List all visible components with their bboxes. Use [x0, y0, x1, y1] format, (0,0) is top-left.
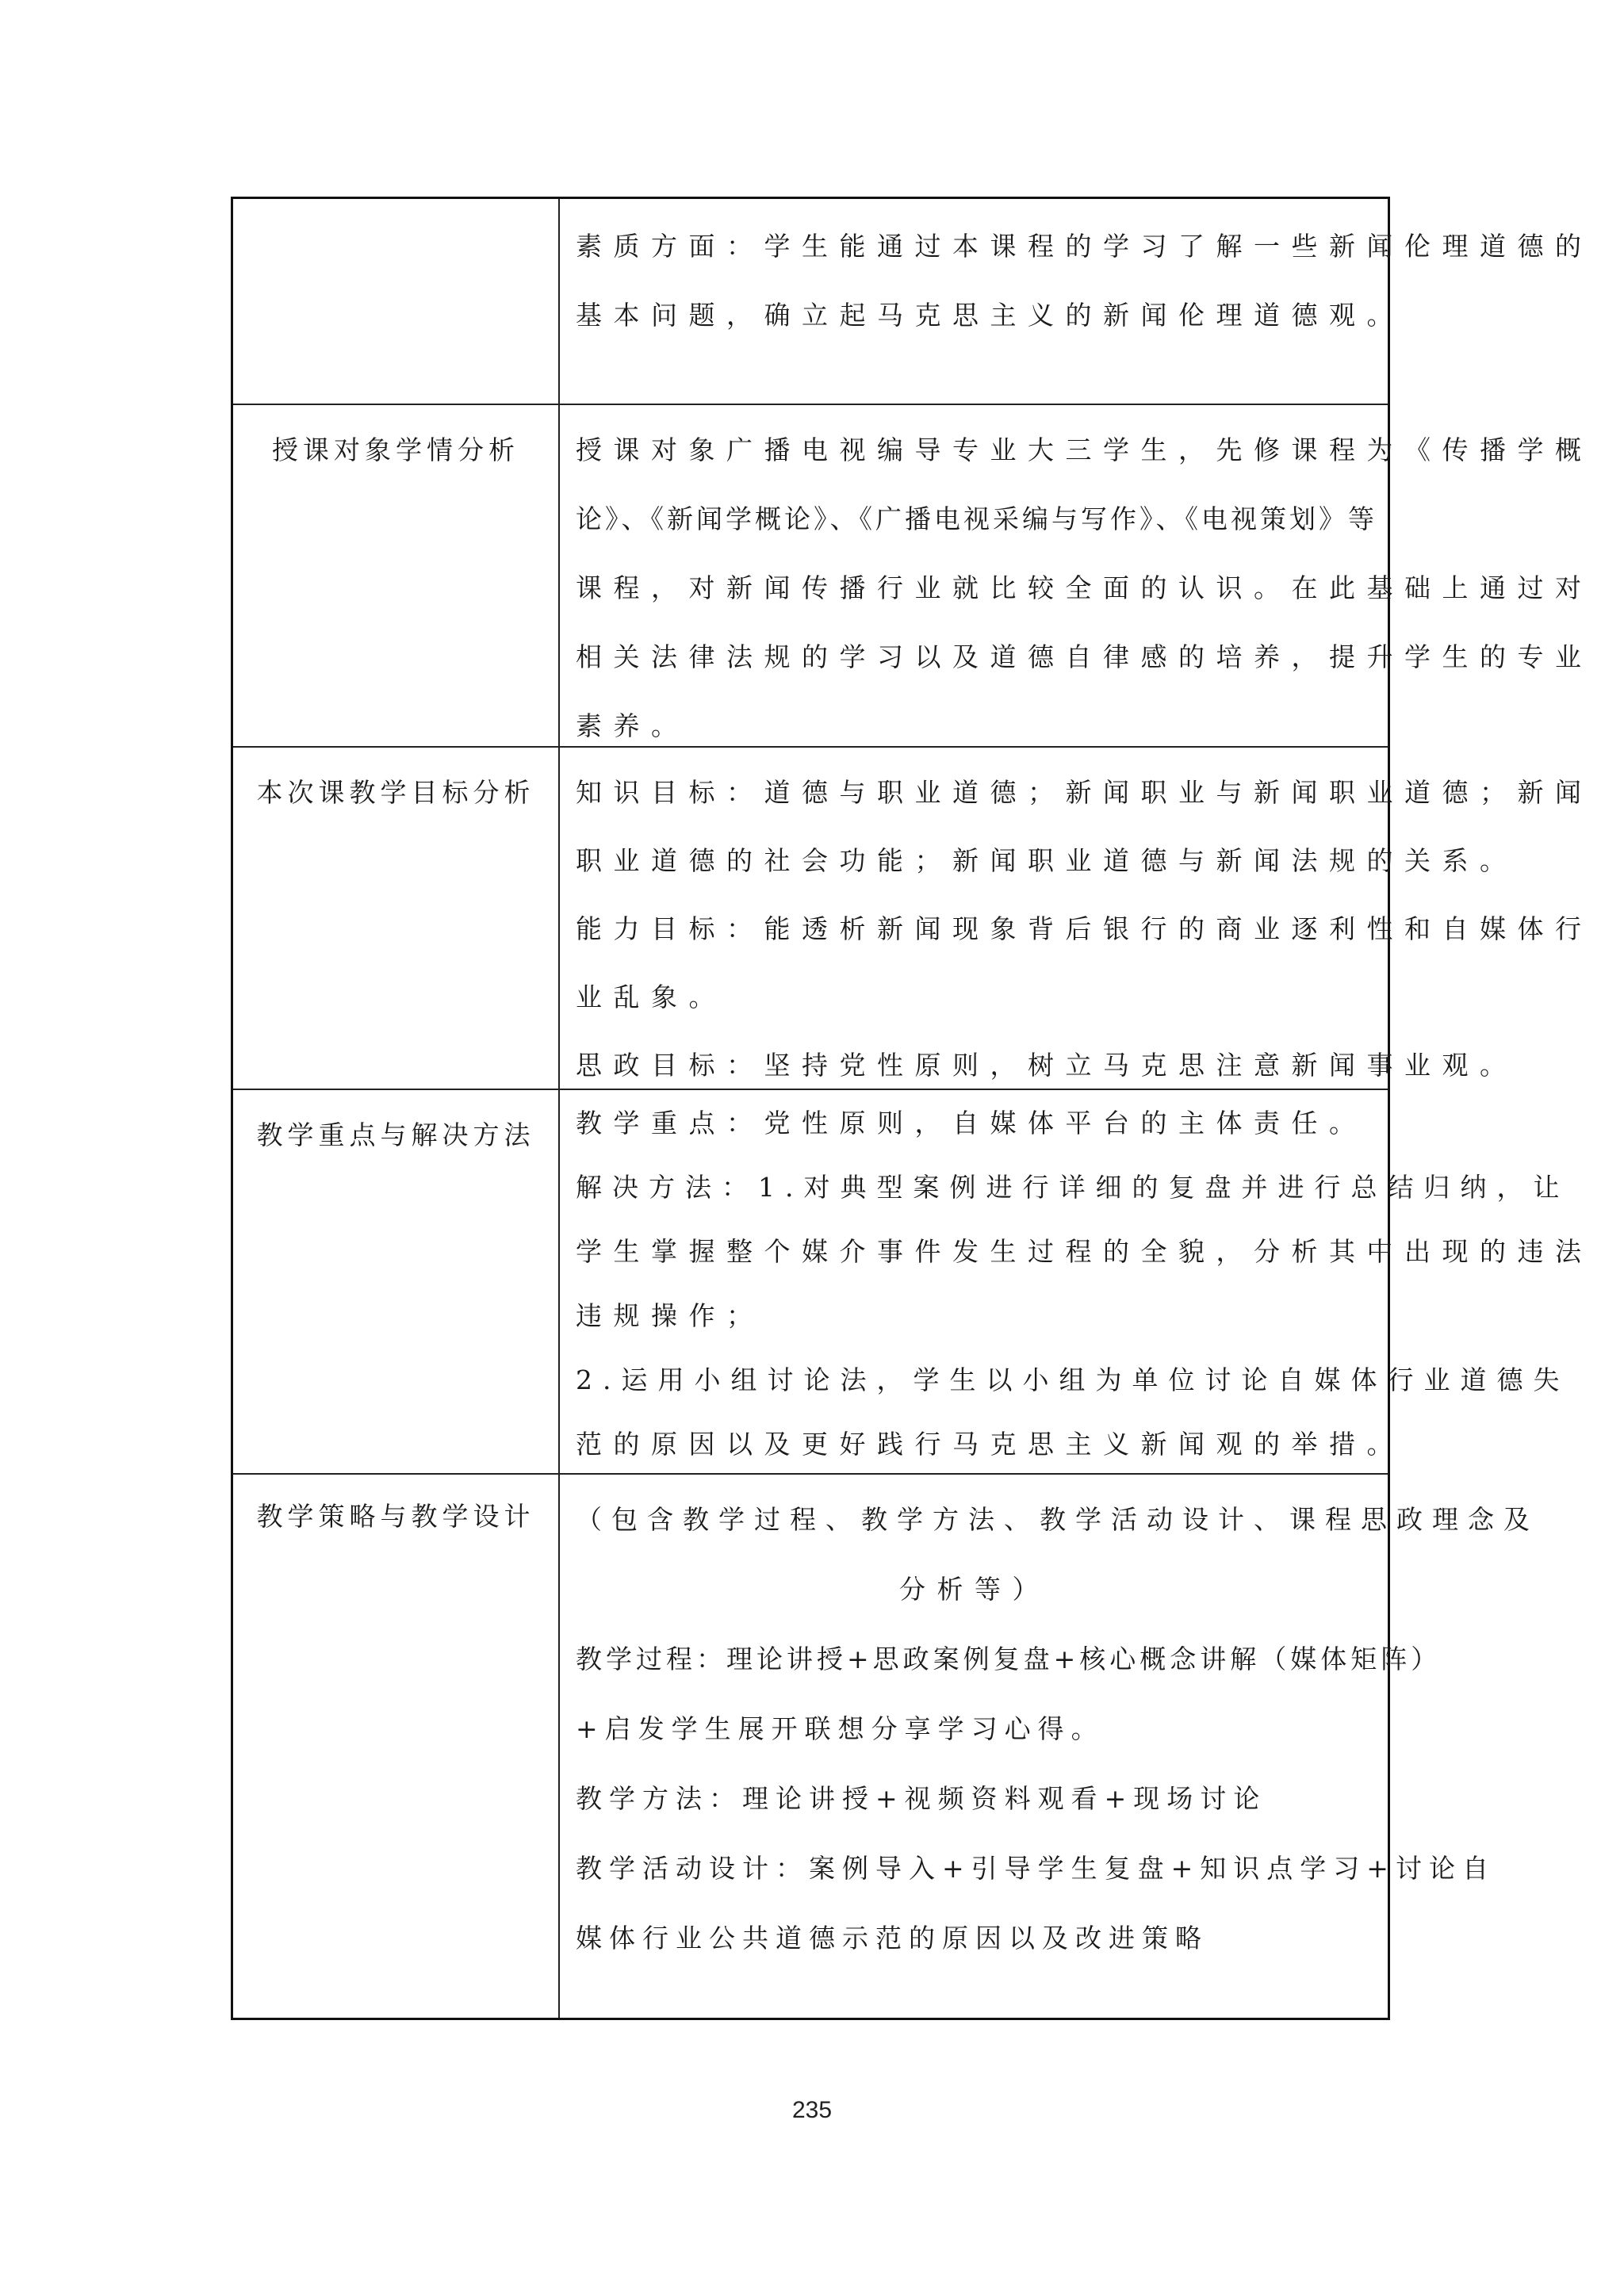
page-number: 235	[0, 2097, 1624, 2124]
table-row-lesson-objectives: 本次课教学目标分析 知识目标：道德与职业道德；新闻职业与新闻职业道德；新闻 职业…	[232, 747, 1389, 1089]
row-label-cell: 教学策略与教学设计	[232, 1474, 560, 2019]
row-label: 授课对象学情分析	[233, 434, 558, 466]
row-label-cell: 教学重点与解决方法	[232, 1089, 560, 1474]
content-line: 能力目标：能透析新闻现象背后银行的商业逐利性和自媒体行	[576, 913, 1373, 945]
row-content-cell: （包含教学过程、教学方法、教学活动设计、课程思政理念及 分析等） 教学过程：理论…	[559, 1474, 1389, 2019]
row-label: 本次课教学目标分析	[233, 777, 558, 809]
content-line: 知识目标：道德与职业道德；新闻职业与新闻职业道德；新闻	[576, 777, 1373, 809]
content-line: 教学方法：理论讲授+视频资料观看+现场讨论	[576, 1783, 1373, 1815]
content-line: 论》、《新闻学概论》、《广播电视采编与写作》、《电视策划》等	[576, 503, 1373, 535]
row-content-cell: 素质方面：学生能通过本课程的学习了解一些新闻伦理道德的 基本问题，确立起马克思主…	[559, 198, 1389, 404]
row-label: 教学重点与解决方法	[233, 1119, 558, 1151]
row-label-cell	[232, 198, 560, 404]
row-content-cell: 教学重点：党性原则，自媒体平台的主体责任。 解决方法：1.对典型案例进行详细的复…	[559, 1089, 1389, 1474]
content-line-centered: 分析等）	[576, 1574, 1373, 1605]
content-line: 思政目标：坚持党性原则，树立马克思注意新闻事业观。	[576, 1050, 1373, 1081]
content-line: 素质方面：学生能通过本课程的学习了解一些新闻伦理道德的	[576, 231, 1373, 262]
content-line: +启发学生展开联想分享学习心得。	[576, 1713, 1373, 1745]
table-row-quality-goal: 素质方面：学生能通过本课程的学习了解一些新闻伦理道德的 基本问题，确立起马克思主…	[232, 198, 1389, 404]
table-row-student-analysis: 授课对象学情分析 授课对象广播电视编导专业大三学生，先修课程为《传播学概 论》、…	[232, 404, 1389, 747]
content-line: 业乱象。	[576, 982, 1373, 1013]
content-line: （包含教学过程、教学方法、教学活动设计、课程思政理念及	[576, 1504, 1373, 1536]
content-line: 违规操作；	[576, 1300, 1373, 1332]
content-line: 教学过程：理论讲授+思政案例复盘+核心概念讲解（媒体矩阵）	[576, 1644, 1373, 1675]
content-line: 课程，对新闻传播行业就比较全面的认识。在此基础上通过对	[576, 572, 1373, 604]
table-row-teaching-strategy: 教学策略与教学设计 （包含教学过程、教学方法、教学活动设计、课程思政理念及 分析…	[232, 1474, 1389, 2019]
lesson-plan-table: 素质方面：学生能通过本课程的学习了解一些新闻伦理道德的 基本问题，确立起马克思主…	[231, 197, 1390, 2020]
content-line: 教学活动设计：案例导入+引导学生复盘+知识点学习+讨论自	[576, 1853, 1373, 1885]
row-content-cell: 授课对象广播电视编导专业大三学生，先修课程为《传播学概 论》、《新闻学概论》、《…	[559, 404, 1389, 747]
row-label: 教学策略与教学设计	[233, 1501, 558, 1533]
row-content-cell: 知识目标：道德与职业道德；新闻职业与新闻职业道德；新闻 职业道德的社会功能；新闻…	[559, 747, 1389, 1089]
content-line: 素养。	[576, 710, 1373, 742]
row-label-cell: 本次课教学目标分析	[232, 747, 560, 1089]
content-line: 职业道德的社会功能；新闻职业道德与新闻法规的关系。	[576, 845, 1373, 877]
content-line: 授课对象广播电视编导专业大三学生，先修课程为《传播学概	[576, 434, 1373, 466]
content-line: 基本问题，确立起马克思主义的新闻伦理道德观。	[576, 300, 1373, 331]
content-line: 教学重点：党性原则，自媒体平台的主体责任。	[576, 1108, 1373, 1139]
content-line: 媒体行业公共道德示范的原因以及改进策略	[576, 1923, 1373, 1954]
content-line: 解决方法：1.对典型案例进行详细的复盘并进行总结归纳，让	[576, 1172, 1373, 1203]
table-row-key-points: 教学重点与解决方法 教学重点：党性原则，自媒体平台的主体责任。 解决方法：1.对…	[232, 1089, 1389, 1474]
content-line: 相关法律法规的学习以及道德自律感的培养，提升学生的专业	[576, 641, 1373, 673]
content-line: 2.运用小组讨论法，学生以小组为单位讨论自媒体行业道德失	[576, 1364, 1373, 1396]
content-line: 学生掌握整个媒介事件发生过程的全貌，分析其中出现的违法	[576, 1236, 1373, 1268]
row-label-cell: 授课对象学情分析	[232, 404, 560, 747]
content-line: 范的原因以及更好践行马克思主义新闻观的举措。	[576, 1429, 1373, 1460]
